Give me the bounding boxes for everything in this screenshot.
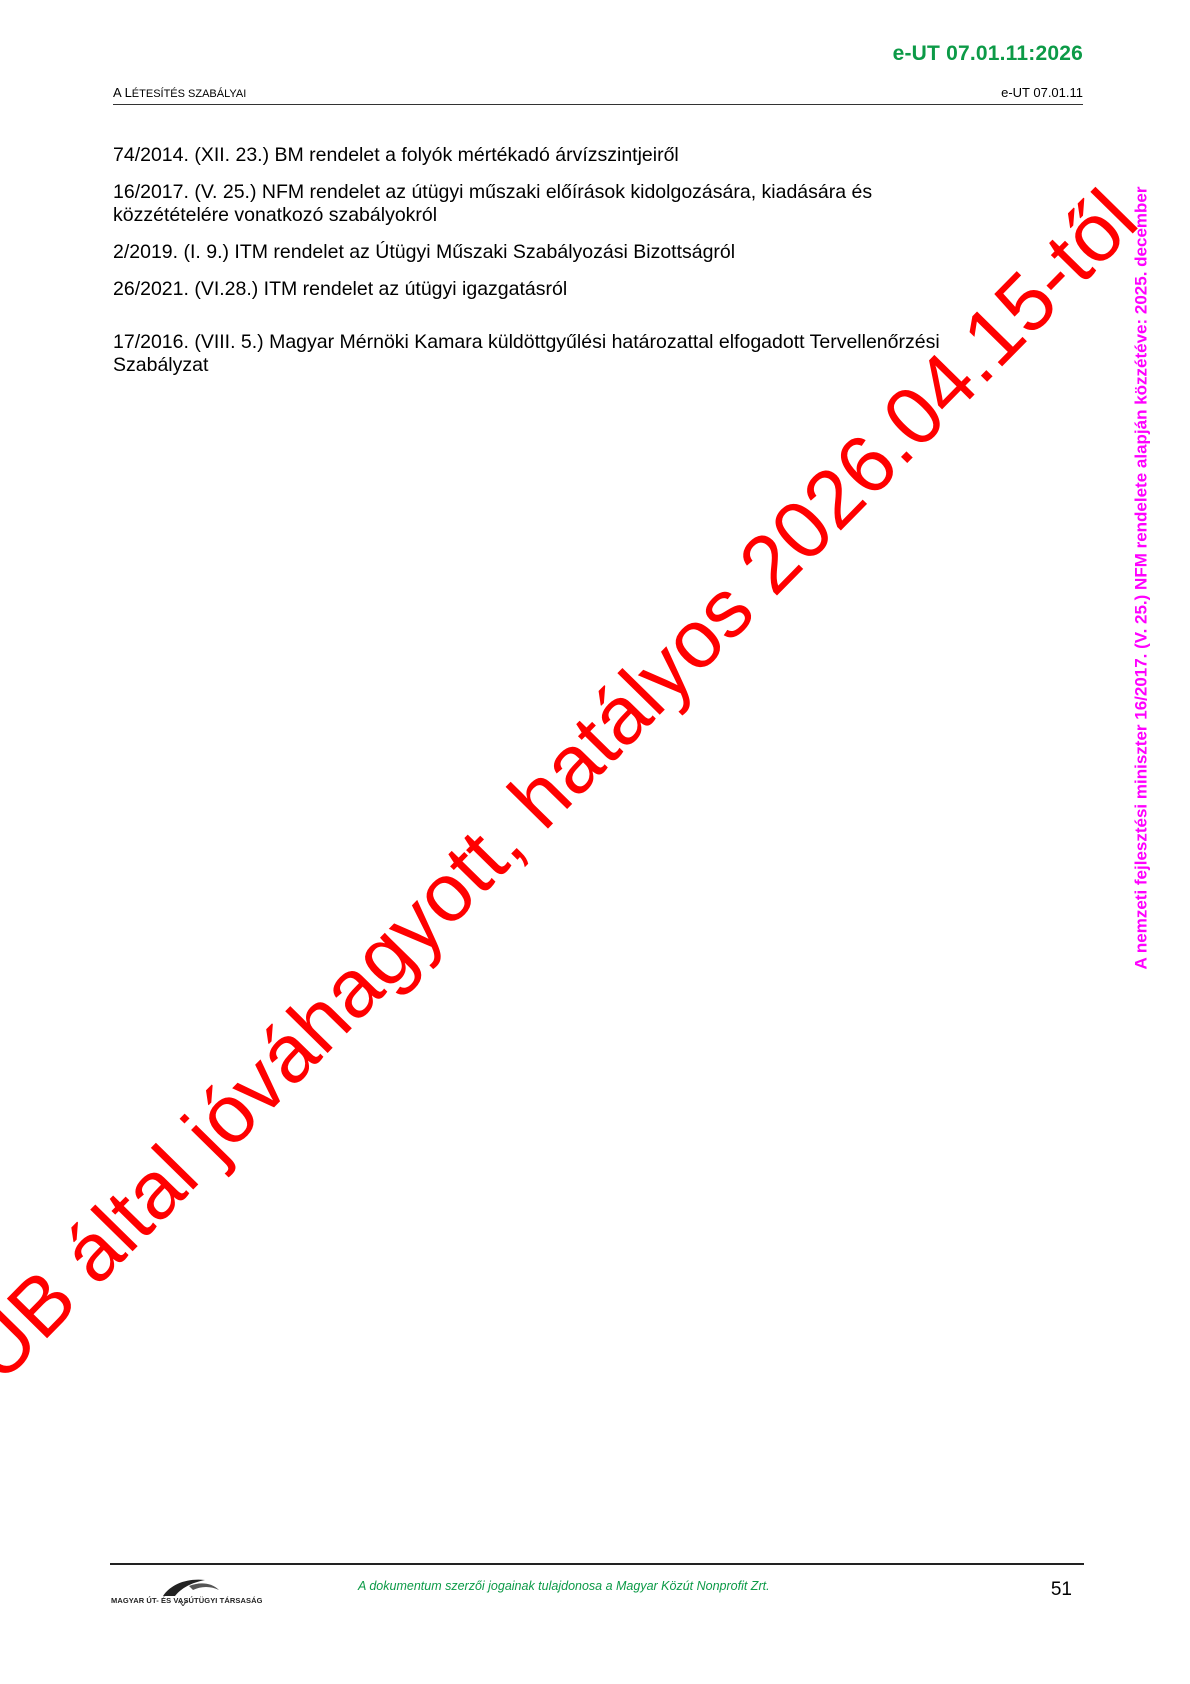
reference-item: 16/2017. (V. 25.) NFM rendelet az útügyi…: [113, 181, 953, 227]
publication-side-note: A nemzeti fejlesztési miniszter 16/2017.…: [1133, 187, 1150, 970]
publisher-name: MAGYAR ÚT- ÉS VASÚTÜGYI TÁRSASÁG: [111, 1596, 263, 1605]
document-code-top: e-UT 07.01.11:2026: [893, 42, 1083, 66]
section-title-rest: étesítés szabályai: [132, 88, 247, 100]
reference-item: 26/2021. (VI.28.) ITM rendelet az útügyi…: [113, 278, 953, 301]
page-footer: MAGYAR ÚT- ÉS VASÚTÜGYI TÁRSASÁG A dokum…: [110, 1563, 1084, 1625]
references-list: 74/2014. (XII. 23.) BM rendelet a folyók…: [113, 144, 953, 391]
reference-item: 17/2016. (VIII. 5.) Magyar Mérnöki Kamar…: [113, 331, 953, 377]
running-header: A Létesítés szabályai e-UT 07.01.11: [113, 84, 1083, 105]
copyright-notice: A dokumentum szerzői jogainak tulajdonos…: [358, 1579, 770, 1593]
reference-item: 2/2019. (I. 9.) ITM rendelet az Útügyi M…: [113, 241, 953, 264]
reference-item: 74/2014. (XII. 23.) BM rendelet a folyók…: [113, 144, 953, 167]
document-code: e-UT 07.01.11: [1001, 85, 1083, 100]
publisher-logo: MAGYAR ÚT- ÉS VASÚTÜGYI TÁRSASÁG: [111, 1576, 271, 1612]
section-title-initial: A L: [113, 85, 132, 100]
page-number: 51: [1051, 1579, 1072, 1601]
section-title: A Létesítés szabályai: [113, 85, 246, 100]
